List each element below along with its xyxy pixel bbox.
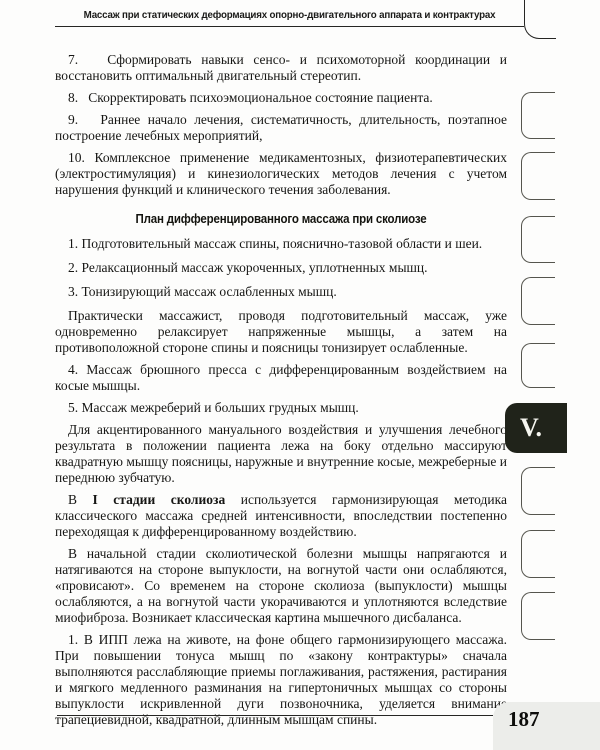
- plan-item-4: 4. Массаж брюшного пресса с дифференциро…: [55, 362, 507, 394]
- numbered-item-7: 7. Сформировать навыки сенсо- и психомот…: [55, 52, 507, 84]
- paragraph-accent: Для акцентированного мануального воздейс…: [55, 422, 507, 486]
- chapter-tab-label: V.: [520, 415, 542, 441]
- edge-tab-outline-8: [521, 592, 555, 640]
- edge-tab-outline-5: [521, 343, 555, 388]
- numbered-item-9: 9. Раннее начало лечения, систематичност…: [55, 112, 507, 144]
- plan-item-1: 1. Подготовительный массаж спины, поясни…: [55, 236, 507, 252]
- edge-tab-outline-1: [521, 92, 555, 139]
- plan-item-3: 3. Тонизирующий массаж ослабленных мышц.: [55, 284, 507, 300]
- header-rule: [55, 26, 524, 27]
- body-text-column: 7. Сформировать навыки сенсо- и психомот…: [55, 46, 507, 734]
- stage-one-prefix: В: [68, 492, 93, 507]
- paragraph-ipp: 1. В ИПП лежа на животе, на фоне общего …: [55, 632, 507, 728]
- page-number: 187: [508, 707, 540, 732]
- running-head-title: Массаж при статических деформациях опорн…: [71, 9, 507, 21]
- header-corner-curve: [524, 0, 556, 39]
- numbered-item-8: 8. Скорректировать психоэмоциональное со…: [55, 90, 507, 106]
- footer-rule: [57, 715, 493, 716]
- chapter-tab-current: V.: [505, 403, 567, 453]
- paragraph-practice: Практически массажист, проводя подготови…: [55, 308, 507, 356]
- edge-tab-outline-6: [521, 467, 555, 515]
- plan-item-2: 2. Релаксационный массаж укороченных, уп…: [55, 260, 507, 276]
- edge-tab-outline-4: [521, 277, 555, 325]
- page-number-tab: 187: [493, 702, 600, 750]
- stage-one-bold: I стадии сколиоза: [93, 492, 226, 507]
- plan-item-5: 5. Массаж межреберий и больших грудных м…: [55, 400, 507, 416]
- edge-tab-outline-3: [521, 216, 555, 263]
- edge-tab-outline-7: [521, 530, 555, 578]
- book-page: Массаж при статических деформациях опорн…: [0, 0, 600, 750]
- paragraph-initial-stage: В начальной стадии сколиотической болезн…: [55, 546, 507, 626]
- section-heading: План дифференцированного массажа при ско…: [78, 211, 485, 227]
- numbered-item-10: 10. Комплексное применение медикаментозн…: [55, 150, 507, 198]
- paragraph-stage-one: В I стадии сколиоза используется гармони…: [55, 492, 507, 540]
- edge-tab-outline-2: [521, 152, 555, 200]
